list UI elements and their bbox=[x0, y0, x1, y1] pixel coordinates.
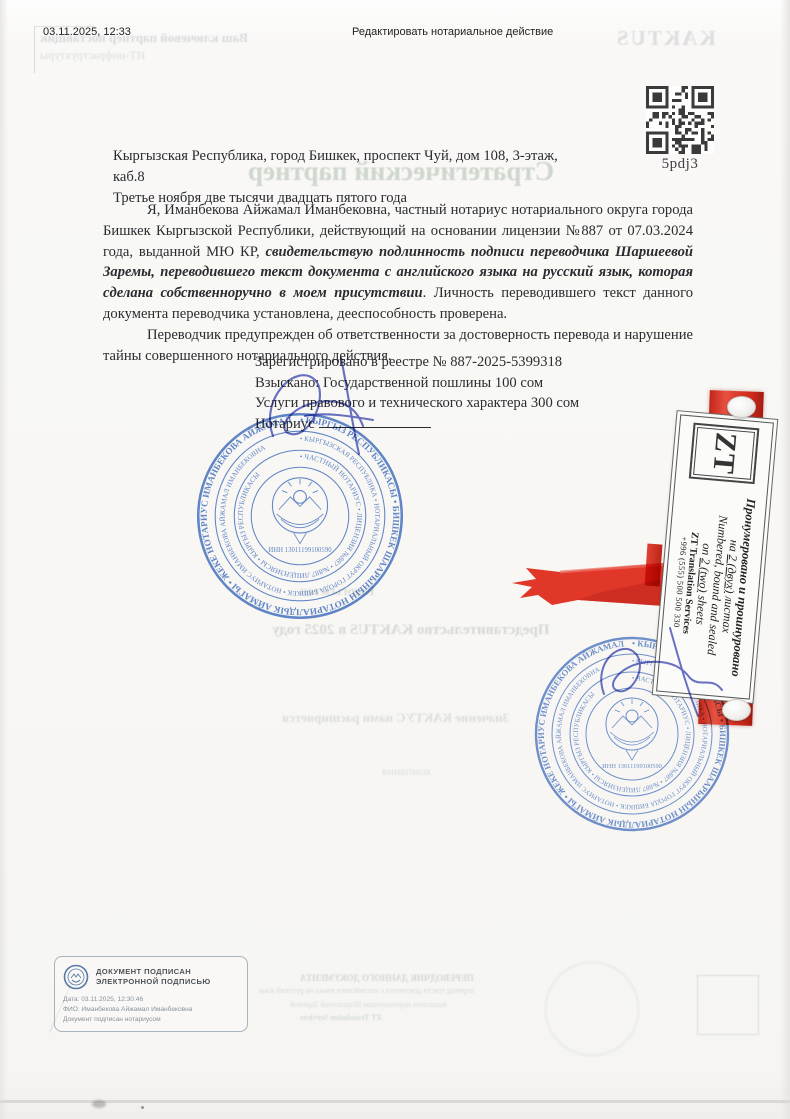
esign-date: Дата: 03.11.2025, 12:30:46 bbox=[63, 995, 239, 1005]
bleed-through-text: ПЕРЕВОДЧИК ДАННОГО ДОКУМЕНТА bbox=[300, 973, 474, 983]
esign-details: Дата: 03.11.2025, 12:30:46 ФИО: Иманбеко… bbox=[63, 995, 239, 1025]
esign-fio: ФИО: Иманбекова Айжамал Иманбековна bbox=[63, 1005, 239, 1015]
scanned-notarial-document-page: 03.11.2025, 12:33 Редактировать нотариал… bbox=[0, 0, 790, 1119]
emblem-icon bbox=[63, 964, 89, 990]
notary-signature bbox=[245, 346, 415, 461]
print-header-title: Редактировать нотариальное действие bbox=[352, 26, 553, 38]
document-body: Я, Иманбекова Айжамал Иманбековна, частн… bbox=[103, 200, 693, 366]
electronic-signature-badge: ДОКУМЕНТ ПОДПИСАН ЭЛЕКТРОННОЙ ПОДПИСЬЮ Д… bbox=[54, 956, 248, 1032]
qr-code-block: 5pdj3 bbox=[643, 86, 717, 173]
ink-smudge bbox=[92, 1100, 106, 1108]
scan-edge-right bbox=[780, 0, 790, 1119]
stamp-inn-text: ИНН 13011199100590 bbox=[602, 763, 662, 770]
bleed-through-text: компания bbox=[382, 764, 431, 779]
qr-code-caption: 5pdj3 bbox=[643, 156, 717, 173]
ribbon-eyelet bbox=[727, 396, 756, 418]
scan-edge-left bbox=[0, 0, 8, 1119]
bleed-through-logo: KAKTUS bbox=[615, 26, 716, 51]
bleed-through-text: перевод текста документа с английского я… bbox=[258, 986, 474, 995]
label-text: on bbox=[699, 543, 714, 559]
label-text: на bbox=[726, 539, 741, 555]
bleed-through-text: выполнен переводчиком Шаршеевой Заремой bbox=[290, 1000, 446, 1009]
ink-dot bbox=[141, 1106, 144, 1109]
address-line: Кыргызская Республика, город Бишкек, про… bbox=[113, 146, 583, 188]
notary-signature bbox=[586, 616, 736, 721]
bleed-through-text: Ваш ключевой партнер поставщик bbox=[40, 30, 248, 46]
zt-logo: ZT bbox=[689, 423, 760, 485]
esign-note: Документ подписан нотариусом bbox=[63, 1015, 239, 1025]
esign-title: ДОКУМЕНТ ПОДПИСАН ЭЛЕКТРОННОЙ ПОДПИСЬЮ bbox=[96, 967, 239, 988]
bleed-through-box bbox=[697, 975, 759, 1035]
notary-attestation-paragraph: Я, Иманбекова Айжамал Иманбековна, частн… bbox=[103, 200, 693, 325]
stamp-inn-text: ИНН 13011199100590 bbox=[268, 547, 332, 554]
bleed-through-text: Значение КАКТУС нами расширяется bbox=[282, 710, 509, 726]
scan-edge-bottom bbox=[0, 1100, 790, 1103]
bleed-through-text: ИТ-инфраструктуры bbox=[40, 48, 145, 63]
svg-text:• ЧАСТНЫЙ НОТАРИУС • ЛИЦЕНЗИЯ: • ЧАСТНЫЙ НОТАРИУС • ЛИЦЕНЗИЯ №887 • №88… bbox=[237, 453, 364, 580]
qr-code bbox=[646, 86, 714, 154]
bleed-through-stamp-outline bbox=[545, 962, 639, 1056]
bleed-through-text: ZT Translation Services bbox=[300, 1013, 382, 1022]
esign-header: ДОКУМЕНТ ПОДПИСАН ЭЛЕКТРОННОЙ ПОДПИСЬЮ bbox=[63, 964, 239, 990]
stamp-ring-inner-text: • ЧАСТНЫЙ НОТАРИУС • ЛИЦЕНЗИЯ №887 • №88… bbox=[237, 453, 364, 580]
label-underlined: 2 (two) bbox=[696, 558, 713, 593]
